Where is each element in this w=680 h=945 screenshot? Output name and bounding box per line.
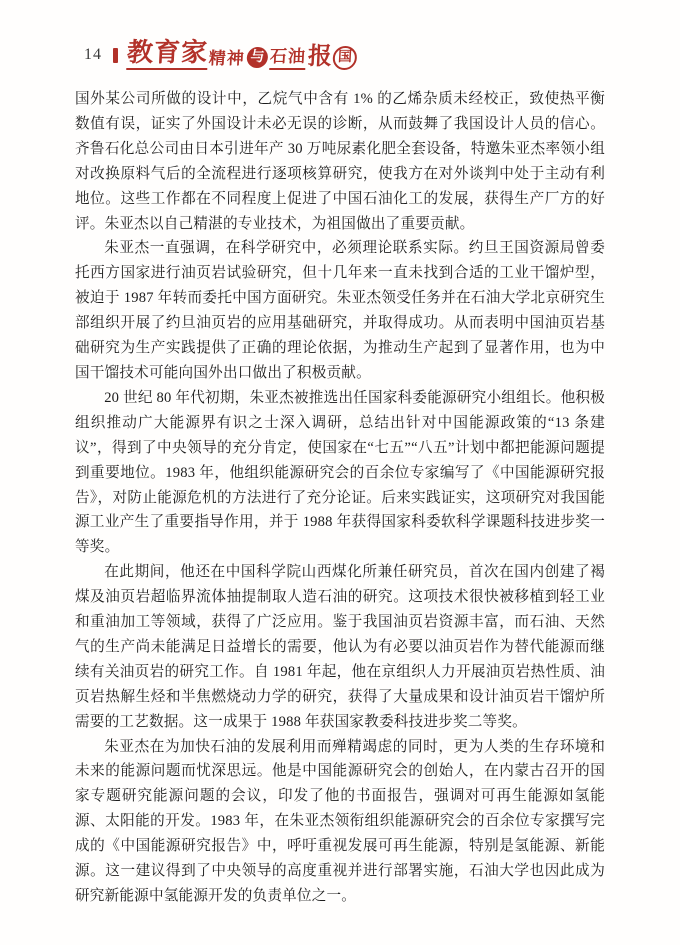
paragraph-2: 朱亚杰一直强调，在科学研究中，必须理论联系实际。约旦王国资源局曾委托西方国家进行… (75, 236, 605, 385)
logo-guo-seal-icon: 国 (332, 46, 357, 70)
page-number: 14 (84, 46, 102, 64)
logo-text-spirit: 精神 (208, 50, 245, 70)
header-logo: 教育家 精神 与 石油 报 国 (126, 40, 358, 70)
page-body: 国外某公司所做的设计中，乙烷气中含有 1% 的乙烯杂质未经校正，致使热平衡数值有… (0, 74, 680, 909)
logo-yu-seal-icon: 与 (246, 47, 268, 68)
logo-text-bao: 报 (307, 45, 332, 70)
logo-text-oil: 石油 (269, 48, 306, 70)
page-header: 14 教育家 精神 与 石油 报 国 (0, 0, 680, 74)
paragraph-1: 国外某公司所做的设计中，乙烷气中含有 1% 的乙烯杂质未经校正，致使热平衡数值有… (75, 87, 605, 236)
document-page: 14 教育家 精神 与 石油 报 国 国外某公司所做的设计中，乙烷气中含有 1%… (0, 0, 680, 945)
logo-text-educator: 教育家 (126, 40, 209, 70)
paragraph-5: 朱亚杰在为加快石油的发展利用而殚精竭虑的同时，更为人类的生存环境和未来的能源问题… (75, 735, 605, 909)
header-divider-bar (113, 48, 118, 63)
paragraph-3: 20 世纪 80 年代初期，朱亚杰被推选出任国家科委能源研究小组组长。他积极组织… (75, 386, 605, 560)
paragraph-4: 在此期间，他还在中国科学院山西煤化所兼任研究员，首次在国内创建了褐煤及油页岩超临… (75, 560, 605, 734)
